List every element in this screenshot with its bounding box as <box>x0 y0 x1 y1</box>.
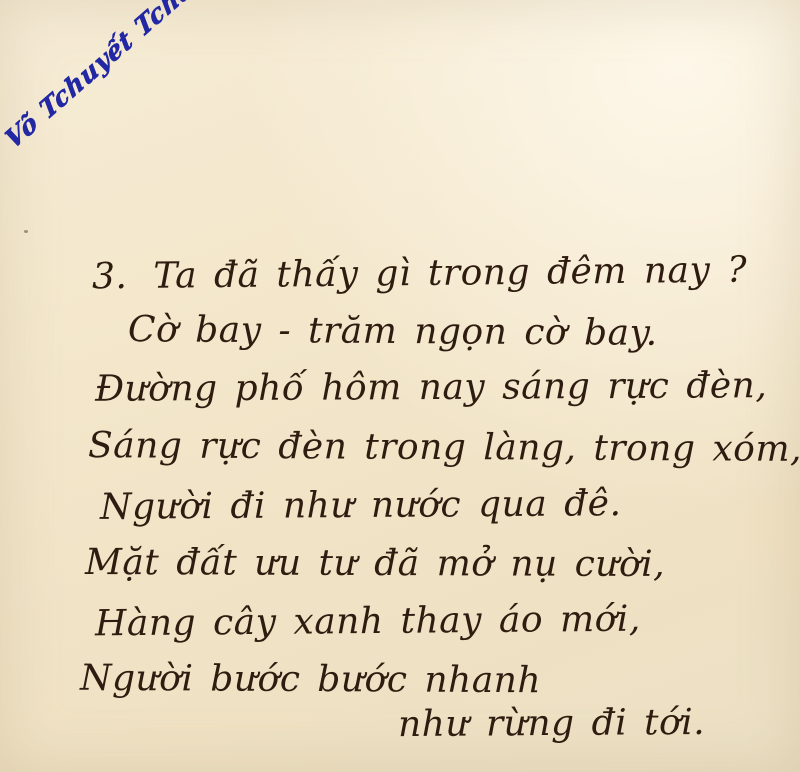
poem-line: Sáng rực đèn trong làng, trong xóm, <box>88 424 800 471</box>
poem-line: Người bước bước nhanh <box>80 657 541 703</box>
manuscript-page: Võ Tchuyết Tchâm 3.Ta đã thấy gì trong đ… <box>0 0 800 772</box>
poem-line: Mặt đất ưu tư đã mở nụ cười, <box>85 541 665 586</box>
poem-line: Hàng cây xanh thay áo mới, <box>95 598 641 646</box>
poem-text-block: 3.Ta đã thấy gì trong đêm nay ? Cờ bay -… <box>0 0 800 772</box>
poem-line: Đường phố hôm nay sáng rực đèn, <box>95 364 767 411</box>
poem-line: Cờ bay - trăm ngọn cờ bay. <box>128 308 658 355</box>
stanza-number: 3. <box>92 256 128 297</box>
poem-line-text: Ta đã thấy gì trong đêm nay ? <box>153 250 747 297</box>
poem-line: 3.Ta đã thấy gì trong đêm nay ? <box>92 249 748 299</box>
poem-line: như rừng đi tới. <box>398 701 705 746</box>
poem-line: Người đi như nước qua đê. <box>100 482 622 529</box>
